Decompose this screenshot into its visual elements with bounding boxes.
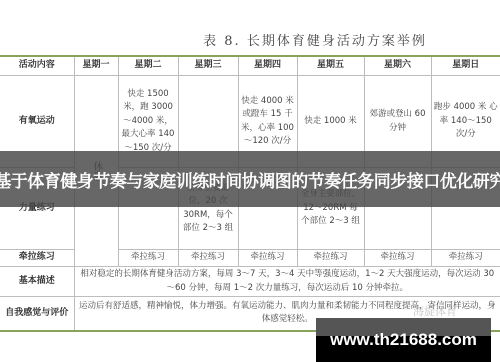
stretch-friday: 牵拉练习 <box>297 250 364 267</box>
header-sunday: 星期日 <box>431 56 500 76</box>
url-watermark: www.th21688.com <box>316 318 491 362</box>
title-banner: 基于体育健身节奏与家庭训练时间协调图的节奏任务同步接口优化研究 <box>0 151 500 207</box>
header-saturday: 星期六 <box>364 56 431 76</box>
watermark-url: www.th21688.com <box>330 330 477 350</box>
banner-title: 基于体育健身节奏与家庭训练时间协调图的节奏任务同步接口优化研究 <box>0 167 500 192</box>
stretch-wednesday: 牵拉练习 <box>178 250 238 267</box>
row-label-evaluation: 自我感觉与评价 <box>0 297 74 331</box>
stretch-tuesday: 牵拉练习 <box>118 250 178 267</box>
description-text: 相对稳定的长期体育健身活动方案，每周 3～7 天，3～4 天中等强度运动，1～2… <box>74 267 500 297</box>
row-label-stretch: 牵拉练习 <box>0 250 74 267</box>
header-friday: 星期五 <box>297 56 364 76</box>
faint-watermark: 海旋体育 <box>413 303 457 319</box>
row-label-description: 基本描述 <box>0 267 74 297</box>
header-activity: 活动内容 <box>0 56 74 76</box>
description-row: 基本描述 相对稳定的长期体育健身活动方案，每周 3～7 天，3～4 天中等强度运… <box>0 267 500 297</box>
stretch-saturday: 牵拉练习 <box>364 250 431 267</box>
header-row: 活动内容 星期一 星期二 星期三 星期四 星期五 星期六 星期日 <box>0 56 500 76</box>
header-monday: 星期一 <box>74 56 118 76</box>
table-caption: 表 8. 长期体育健身活动方案举例 <box>0 30 500 49</box>
stretch-thursday: 牵拉练习 <box>238 250 297 267</box>
header-wednesday: 星期三 <box>178 56 238 76</box>
stretch-sunday: 牵拉练习 <box>431 250 500 267</box>
header-thursday: 星期四 <box>238 56 297 76</box>
header-tuesday: 星期二 <box>118 56 178 76</box>
